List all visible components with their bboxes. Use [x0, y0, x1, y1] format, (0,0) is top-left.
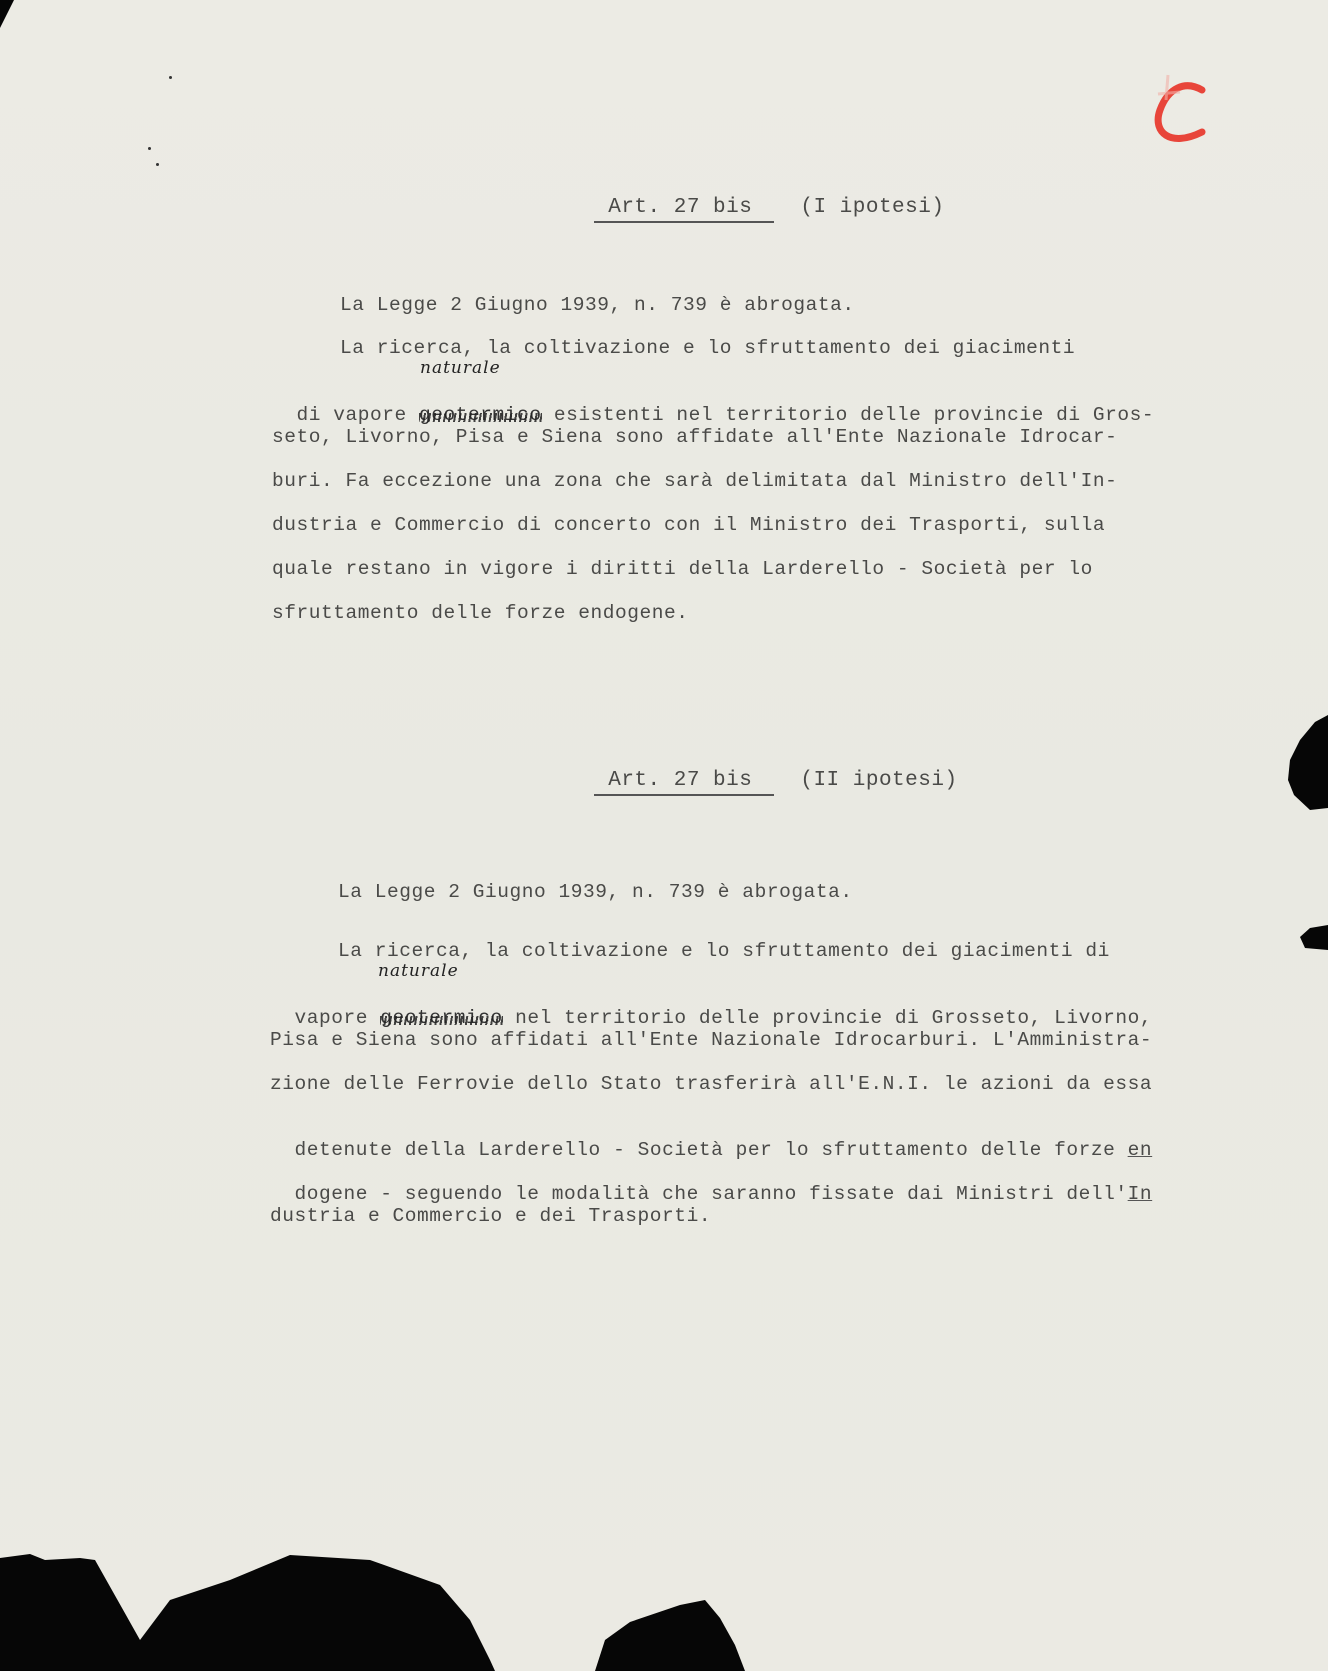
- paper-page: [0, 0, 1328, 1671]
- torn-edge-bottom: [0, 1540, 1328, 1671]
- section2-hypothesis: (II ipotesi): [800, 769, 957, 792]
- speck: [169, 76, 172, 79]
- section1-article-title: Art. 27 bis: [594, 196, 774, 223]
- section1-struck-word: geotermico: [419, 404, 542, 426]
- speck: [148, 147, 151, 150]
- section1-line-1: La Legge 2 Giugno 1939, n. 739 è abrogat…: [340, 294, 855, 316]
- section1-line-7: quale restano in vigore i diritti della …: [272, 558, 1093, 580]
- section2-article-title: Art. 27 bis: [594, 769, 774, 796]
- section2-line-1: La Legge 2 Giugno 1939, n. 739 è abrogat…: [338, 881, 853, 903]
- red-pencil-mark-c: [1140, 70, 1220, 160]
- section1-line-3: di vapore geotermico esistenti nel terri…: [272, 382, 1154, 426]
- section2-line-8: dustria e Commercio e dei Trasporti.: [270, 1205, 711, 1227]
- section1-hypothesis: (I ipotesi): [800, 196, 944, 219]
- section1-line-5: buri. Fa eccezione una zona che sarà del…: [272, 470, 1117, 492]
- section2-heading: Art. 27 bis(II ipotesi): [568, 746, 958, 796]
- torn-edge-right: [1260, 700, 1328, 960]
- section1-line-8: sfruttamento delle forze endogene.: [272, 602, 689, 624]
- torn-corner-top-left: [0, 0, 20, 30]
- section2-struck-word: geotermico: [380, 1007, 503, 1029]
- section2-line-6: detenute della Larderello - Società per …: [270, 1117, 1152, 1161]
- section1-heading: Art. 27 bis(I ipotesi): [568, 173, 944, 223]
- section2-line-4: Pisa e Siena sono affidati all'Ente Nazi…: [270, 1029, 1152, 1051]
- speck: [156, 163, 159, 166]
- section2-line-5: zione delle Ferrovie dello Stato trasfer…: [270, 1073, 1152, 1095]
- section1-line-6: dustria e Commercio di concerto con il M…: [272, 514, 1105, 536]
- section2-line-2: La ricerca, la coltivazione e lo sfrutta…: [338, 940, 1110, 962]
- section2-handwritten-insert: naturale: [378, 961, 459, 981]
- section1-handwritten-insert: naturale: [420, 358, 501, 378]
- section1-line-2: La ricerca, la coltivazione e lo sfrutta…: [340, 337, 1075, 359]
- section1-line-4: seto, Livorno, Pisa e Siena sono affidat…: [272, 426, 1117, 448]
- section2-line-3: vapore geotermico nel territorio delle p…: [270, 985, 1152, 1029]
- section2-line-7: dogene - seguendo le modalità che sarann…: [270, 1161, 1152, 1205]
